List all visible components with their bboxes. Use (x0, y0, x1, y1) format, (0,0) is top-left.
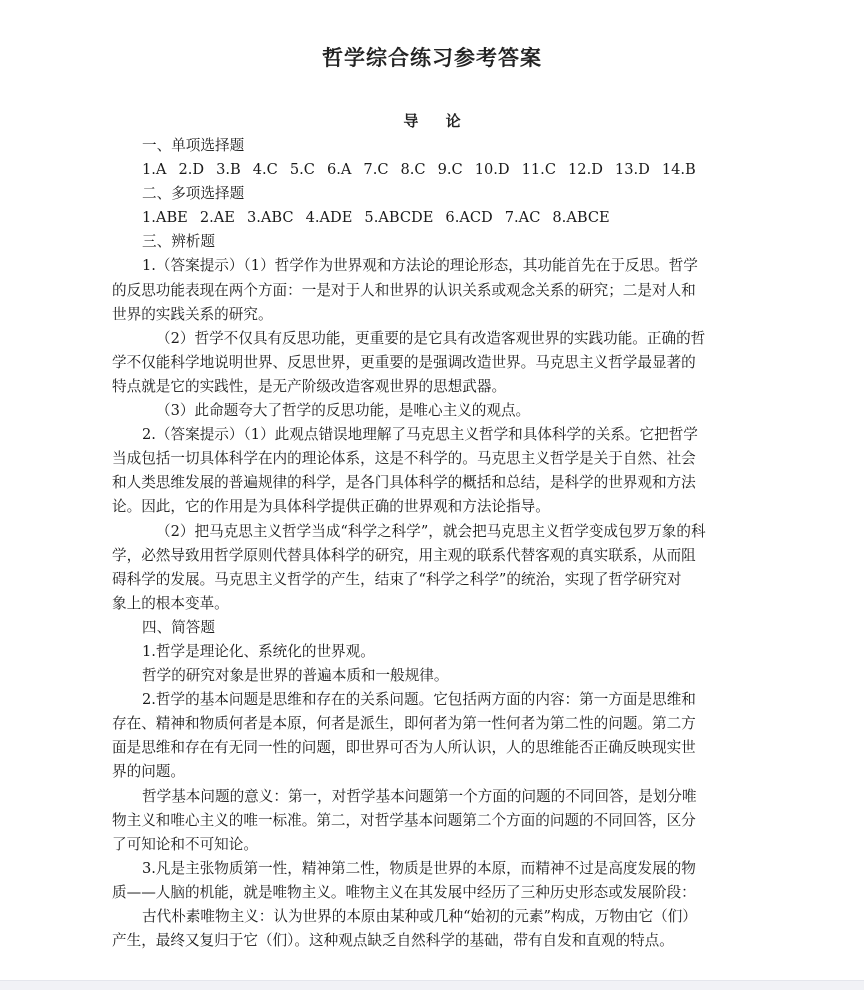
paragraph-line: 和人类思维发展的普遍规律的科学，是各门具体科学的概括和总结，是科学的世界观和方法 (112, 471, 780, 495)
chapter-heading: 导 论 (0, 110, 864, 131)
answer-item: 5.C (290, 161, 315, 178)
paragraph-line: 1.（答案提示）（1）哲学作为世界观和方法论的理论形态，其功能首先在于反思。哲学 (112, 254, 780, 278)
answer-item: 11.C (522, 161, 556, 178)
document-page: 哲学综合练习参考答案 导 论 一、单项选择题 1.A2.D3.B4.C5.C6.… (0, 0, 864, 980)
paragraph-line: 3.凡是主张物质第一性，精神第二性，物质是世界的本原，而精神不过是高度发展的物 (112, 857, 780, 881)
answer-item: 1.A (142, 161, 166, 178)
section-heading-multiple-choice: 二、多项选择题 (112, 182, 780, 206)
paragraph-line: 世界的实践关系的研究。 (112, 303, 780, 327)
paragraph-line: 的反思功能表现在两个方面：一是对于人和世界的认识关系或观念关系的研究；二是对人和 (112, 279, 780, 303)
paragraph-line: 当成包括一切具体科学在内的理论体系，这是不科学的。马克思主义哲学是关于自然、社会 (112, 447, 780, 471)
paragraph-line: 2.哲学的基本问题是思维和存在的关系问题。它包括两方面的内容：第一方面是思维和 (112, 688, 780, 712)
document-body: 一、单项选择题 1.A2.D3.B4.C5.C6.A7.C8.C9.C10.D1… (112, 134, 780, 953)
answer-item: 3.ABC (247, 209, 294, 226)
paragraph-line: 物主义和唯心主义的唯一标准。第二，对哲学基本问题第二个方面的问题的不同回答，区分 (112, 809, 780, 833)
section-heading-analysis: 三、辨析题 (112, 230, 780, 254)
paragraph-line: 存在、精神和物质何者是本原，何者是派生，即何者为第一性何者为第二性的问题。第二方 (112, 712, 780, 736)
answer-item: 13.D (615, 161, 650, 178)
answer-item: 4.C (253, 161, 278, 178)
answer-item: 14.B (662, 161, 696, 178)
paragraph-line: 象上的根本变革。 (112, 592, 780, 616)
answer-item: 2.D (178, 161, 204, 178)
answer-item: 7.AC (505, 209, 541, 226)
answer-item: 4.ADE (306, 209, 353, 226)
answer-item: 6.ACD (445, 209, 492, 226)
answer-item: 5.ABCDE (364, 209, 433, 226)
multiple-choice-answers: 1.ABE2.AE3.ABC4.ADE5.ABCDE6.ACD7.AC8.ABC… (112, 206, 780, 230)
answer-item: 12.D (568, 161, 603, 178)
paragraph-line: 面是思维和存在有无同一性的问题，即世界可否为人所认识，人的思维能否正确反映现实世 (112, 736, 780, 760)
answer-item: 6.A (327, 161, 351, 178)
answer-item: 3.B (216, 161, 241, 178)
paragraph-line: 哲学的研究对象是世界的普遍本质和一般规律。 (112, 664, 780, 688)
paragraph-line: 特点就是它的实践性，是无产阶级改造客观世界的思想武器。 (112, 375, 780, 399)
single-choice-answers: 1.A2.D3.B4.C5.C6.A7.C8.C9.C10.D11.C12.D1… (112, 158, 780, 182)
paragraph-line: 碍科学的发展。马克思主义哲学的产生，结束了“科学之科学”的统治，实现了哲学研究对 (112, 568, 780, 592)
answer-item: 7.C (363, 161, 388, 178)
paragraph-line: 古代朴素唯物主义：认为世界的本原由某种或几种“始初的元素”构成，万物由它（们） (112, 905, 780, 929)
paragraph-line: 2.（答案提示）（1）此观点错误地理解了马克思主义哲学和具体科学的关系。它把哲学 (112, 423, 780, 447)
paragraph-line: （3）此命题夸大了哲学的反思功能，是唯心主义的观点。 (112, 399, 780, 423)
paragraph-line: （2）哲学不仅具有反思功能，更重要的是它具有改造客观世界的实践功能。正确的哲 (112, 327, 780, 351)
answer-item: 2.AE (200, 209, 235, 226)
viewer-bottom-bar (0, 980, 864, 990)
paragraph-line: （2）把马克思主义哲学当成“科学之科学”，就会把马克思主义哲学变成包罗万象的科 (112, 520, 780, 544)
section-heading-single-choice: 一、单项选择题 (112, 134, 780, 158)
paragraph-line: 了可知论和不可知论。 (112, 833, 780, 857)
paragraph-line: 质——人脑的机能，就是唯物主义。唯物主义在其发展中经历了三种历史形态或发展阶段： (112, 881, 780, 905)
answer-item: 1.ABE (142, 209, 188, 226)
paragraph-line: 论。因此，它的作用是为具体科学提供正确的世界观和方法论指导。 (112, 495, 780, 519)
document-title: 哲学综合练习参考答案 (0, 42, 864, 72)
paragraph-line: 产生，最终又复归于它（们）。这种观点缺乏自然科学的基础，带有自发和直观的特点。 (112, 929, 780, 953)
answer-item: 8.ABCE (552, 209, 609, 226)
answer-item: 8.C (401, 161, 426, 178)
answer-item: 9.C (438, 161, 463, 178)
paragraph-line: 学不仅能科学地说明世界、反思世界，更重要的是强调改造世界。马克思主义哲学最显著的 (112, 351, 780, 375)
paragraph-line: 哲学基本问题的意义：第一，对哲学基本问题第一个方面的问题的不同回答，是划分唯 (112, 785, 780, 809)
answer-item: 10.D (475, 161, 510, 178)
paragraph-line: 学，必然导致用哲学原则代替具体科学的研究，用主观的联系代替客观的真实联系，从而阻 (112, 544, 780, 568)
section-heading-short-answer: 四、简答题 (112, 616, 780, 640)
paragraph-line: 界的问题。 (112, 760, 780, 784)
paragraph-line: 1.哲学是理论化、系统化的世界观。 (112, 640, 780, 664)
